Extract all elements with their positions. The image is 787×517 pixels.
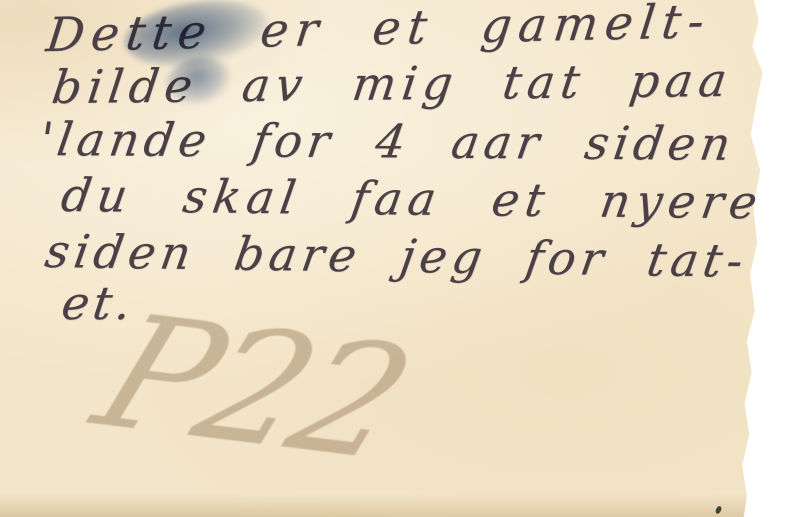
handwritten-line: du skal faa et nyere [58,168,767,229]
scanned-note-image: Dette er et gamelt- bilde av mig tat paa… [0,0,787,517]
handwritten-line: siden bare jeg for tat- [42,224,752,288]
handwritten-line: 'lande for 4 aar siden [36,112,739,171]
